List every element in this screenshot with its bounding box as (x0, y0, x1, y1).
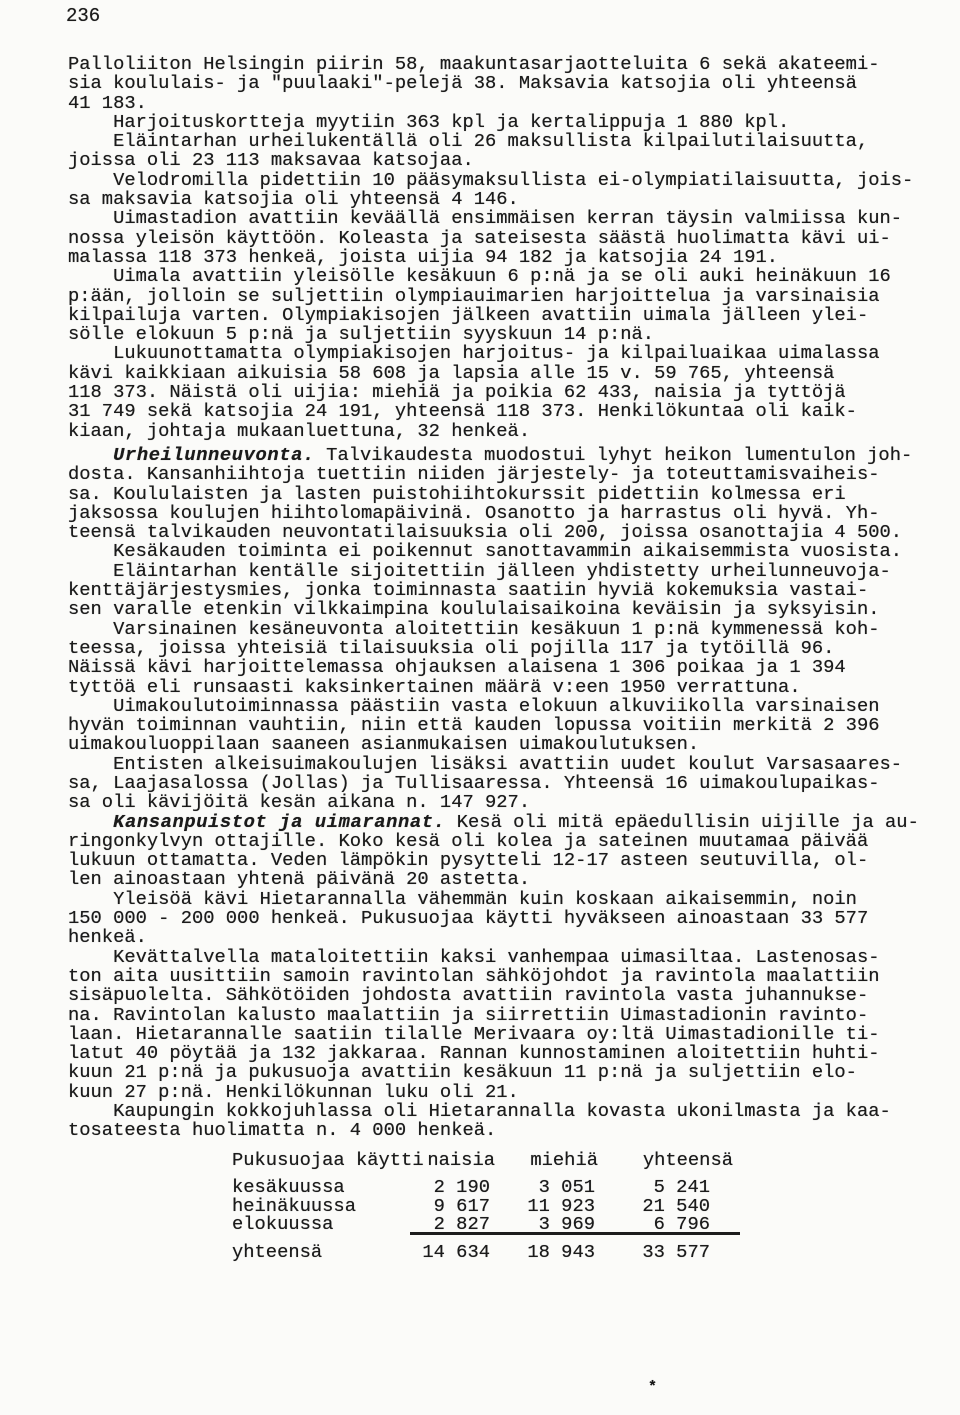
table-rule (410, 1232, 740, 1235)
text-line: p:ään, jolloin se suljettiin olympiauima… (68, 287, 928, 306)
table-total-cell: 33 577 (560, 1243, 710, 1262)
body-text: Palloliiton Helsingin piirin 58, maakunt… (68, 55, 928, 1141)
text-line: Varsinainen kesäneuvonta aloitettiin kes… (68, 620, 928, 639)
text-line: sisäpuolelta. Sähkötöiden johdosta avatt… (68, 986, 928, 1005)
text-line: kiaan, johtaja mukaanluettuna, 32 henkeä… (68, 422, 928, 441)
text-line: 41 183. (68, 94, 928, 113)
text-line: Uimala avattiin yleisölle kesäkuun 6 p:n… (68, 267, 928, 286)
text-line: 31 749 sekä katsojia 24 191, yhteensä 11… (68, 402, 928, 421)
page-number: 236 (66, 6, 100, 26)
scanned-page: 236 Palloliiton Helsingin piirin 58, maa… (0, 0, 960, 1415)
text-line: 150 000 - 200 000 henkeä. Pukusuojaa käy… (68, 909, 928, 928)
text-line: Uimastadion avattiin keväällä ensimmäise… (68, 209, 928, 228)
text-line: sia koululais- ja "puulaaki"-pelejä 38. … (68, 74, 928, 93)
text-line: Kesäkauden toiminta ei poikennut sanotta… (68, 542, 928, 561)
text-line: sen varalle etenkin vilkkaimpina koulula… (68, 600, 928, 619)
table-row-label: elokuussa (232, 1215, 333, 1234)
table-total-label: yhteensä (232, 1243, 322, 1262)
text-line: Näissä kävi harjoittelemassa ohjauksen a… (68, 658, 928, 677)
text-line: na. Ravintolan kalusto maalattiin ja sii… (68, 1006, 928, 1025)
text-line: len ainoastaan yhtenä päivänä 20 astetta… (68, 870, 928, 889)
footnote-asterisk: * (648, 1379, 657, 1396)
text-line: henkeä. (68, 928, 928, 947)
text-line: kuun 21 p:nä ja pukusuoja avattiin kesäk… (68, 1063, 928, 1082)
text-line: sa. Koululaisten ja lasten puistohiihtok… (68, 485, 928, 504)
text-line: tosateesta huolimatta n. 4 000 henkeä. (68, 1121, 928, 1140)
text-line: dosta. Kansanhiihtoja tuettiin niiden jä… (68, 465, 928, 484)
text-line: Kansanpuistot ja uimarannat. Kesä oli mi… (68, 813, 928, 832)
text-line: tyttöä eli runsaasti kaksinkertainen mää… (68, 678, 928, 697)
text-line: joissa oli 23 113 maksavaa katsojaa. (68, 151, 928, 170)
text-line: Lukuunottamatta olympiakisojen harjoitus… (68, 344, 928, 363)
table-col-header: miehiä (448, 1151, 598, 1170)
text-line: uimakouluoppilaan saaneen asianmukaisen … (68, 735, 928, 754)
pukusuoja-table: Pukusuojaa käyttinaisiamiehiäyhteensäkes… (232, 1151, 752, 1271)
table-col-header: yhteensä (583, 1151, 733, 1170)
